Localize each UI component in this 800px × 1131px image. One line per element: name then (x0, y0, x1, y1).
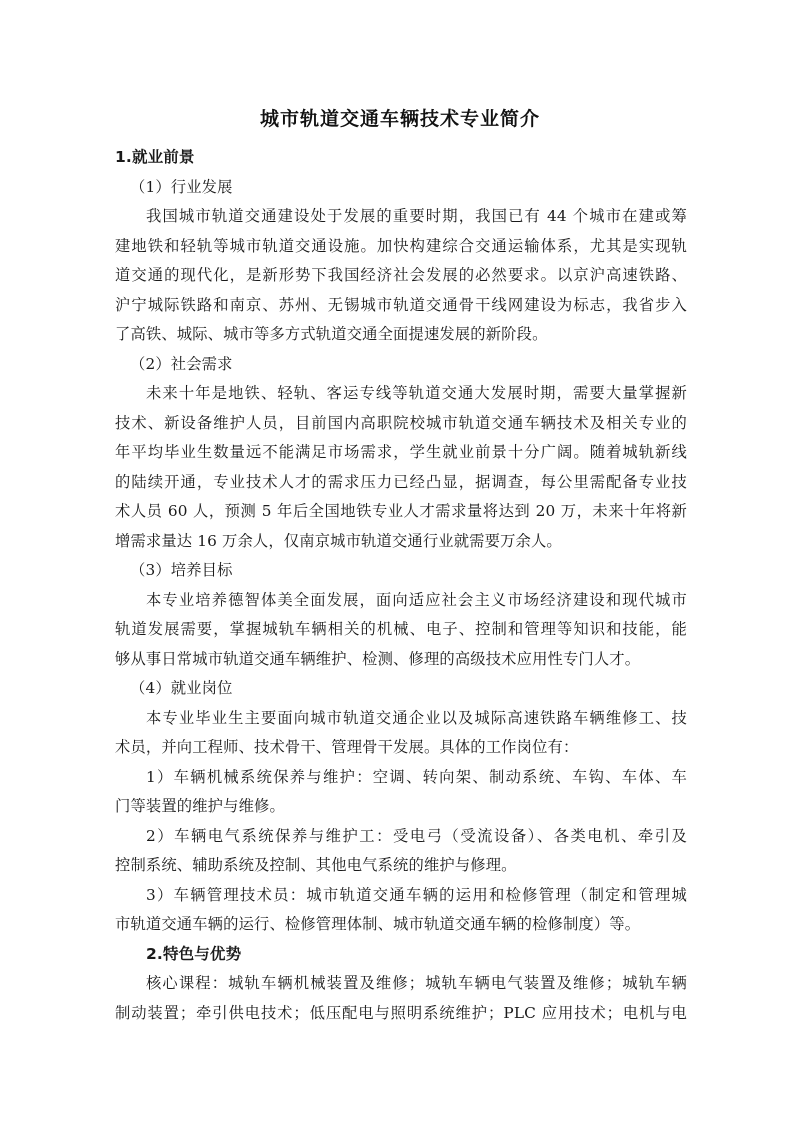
subsection-heading-training-goals: （3）培养目标 (115, 556, 687, 586)
paragraph-line: 本专业培养德智体美全面发展，面向适应社会主义市场经济建设和现代城市 (115, 586, 687, 616)
section-heading-employment-prospects: 1.就业前景 (115, 143, 687, 173)
list-item-line: 市轨道交通车辆的运行、检修管理体制、城市轨道交通车辆的检修制度）等。 (115, 910, 687, 940)
paragraph-line: 了高铁、城际、城市等多方式轨道交通全面提速发展的新阶段。 (115, 320, 687, 350)
subsection-heading-job-positions: （4）就业岗位 (115, 674, 687, 704)
paragraph-line: 制动装置；牵引供电技术；低压配电与照明系统维护；PLC 应用技术；电机与电 (115, 999, 687, 1029)
paragraph-line: 年平均毕业生数量远不能满足市场需求，学生就业前景十分广阔。随着城轨新线 (115, 438, 687, 468)
paragraph-line: 轨道发展需要，掌握城轨车辆相关的机械、电子、控制和管理等知识和技能，能 (115, 615, 687, 645)
list-item-line: 门等装置的维护与维修。 (115, 792, 687, 822)
document-body: 1.就业前景 （1）行业发展 我国城市轨道交通建设处于发展的重要时期，我国已有 … (115, 143, 687, 1028)
list-item-line: 控制系统、辅助系统及控制、其他电气系统的维护与修理。 (115, 851, 687, 881)
paragraph-line: 技术、新设备维护人员，目前国内高职院校城市轨道交通车辆技术及相关专业的 (115, 409, 687, 439)
list-item-line: 2）车辆电气系统保养与维护工：受电弓（受流设备）、各类电机、牵引及 (115, 822, 687, 852)
paragraph-line: 未来十年是地铁、轻轨、客运专线等轨道交通大发展时期，需要大量掌握新 (115, 379, 687, 409)
paragraph-line: 术人员 60 人，预测 5 年后全国地铁专业人才需求量将达到 20 万，未来十年… (115, 497, 687, 527)
list-item-line: 1）车辆机械系统保养与维护：空调、转向架、制动系统、车钩、车体、车 (115, 763, 687, 793)
paragraph-line: 术员，并向工程师、技术骨干、管理骨干发展。具体的工作岗位有： (115, 733, 687, 763)
paragraph-line: 沪宁城际铁路和南京、苏州、无锡城市轨道交通骨干线网建设为标志，我省步入 (115, 291, 687, 321)
section-heading-features-advantages: 2.特色与优势 (115, 940, 687, 970)
list-item-line: 3）车辆管理技术员：城市轨道交通车辆的运用和检修管理（制定和管理城 (115, 881, 687, 911)
paragraph-line: 增需求量达 16 万余人，仅南京城市轨道交通行业就需要万余人。 (115, 527, 687, 557)
paragraph-line: 我国城市轨道交通建设处于发展的重要时期，我国已有 44 个城市在建或筹 (115, 202, 687, 232)
document-title: 城市轨道交通车辆技术专业简介 (0, 104, 800, 131)
subsection-heading-industry-development: （1）行业发展 (115, 173, 687, 203)
paragraph-line: 核心课程：城轨车辆机械装置及维修；城轨车辆电气装置及维修；城轨车辆 (115, 969, 687, 999)
paragraph-line: 本专业毕业生主要面向城市轨道交通企业以及城际高速铁路车辆维修工、技 (115, 704, 687, 734)
document-page: 城市轨道交通车辆技术专业简介 1.就业前景 （1）行业发展 我国城市轨道交通建设… (0, 0, 800, 1131)
paragraph-line: 道交通的现代化，是新形势下我国经济社会发展的必然要求。以京沪高速铁路、 (115, 261, 687, 291)
subsection-heading-social-demand: （2）社会需求 (115, 350, 687, 380)
paragraph-line: 的陆续开通，专业技术人才的需求压力已经凸显，据调查，每公里需配备专业技 (115, 468, 687, 498)
paragraph-line: 够从事日常城市轨道交通车辆维护、检测、修理的高级技术应用性专门人才。 (115, 645, 687, 675)
paragraph-line: 建地铁和轻轨等城市轨道交通设施。加快构建综合交通运输体系，尤其是实现轨 (115, 232, 687, 262)
